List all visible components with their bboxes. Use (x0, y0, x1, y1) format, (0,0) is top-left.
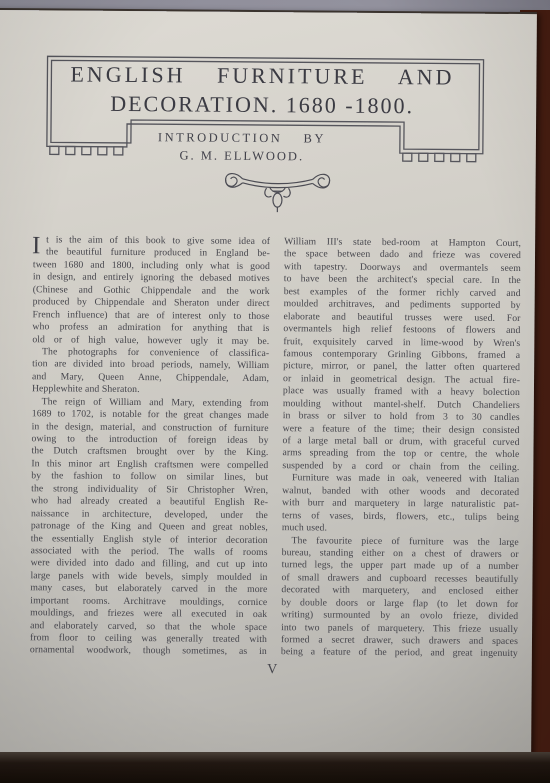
text-line: ornamental woodwork, though sometimes, a… (30, 645, 267, 659)
page-number: V (0, 660, 548, 680)
page-content: ENGLISH FURNITURE AND DECORATION. 1680 -… (0, 0, 550, 783)
text-line: being a feature of the period, and great… (281, 647, 518, 661)
text-line: overmantels high relief festoons of flow… (283, 323, 520, 337)
bottom-shadow (0, 752, 550, 783)
book-photo: ENGLISH FURNITURE AND DECORATION. 1680 -… (0, 0, 550, 783)
page-title-line2: DECORATION. 1680 -1800. (70, 90, 454, 121)
page-title-line1: ENGLISH FURNITURE AND (70, 60, 454, 93)
drop-cap: I (32, 235, 41, 257)
text-line: who profess an admiration for anything t… (32, 321, 269, 335)
text-line: much used. (282, 522, 519, 536)
page-title: ENGLISH FURNITURE AND DECORATION. 1680 -… (70, 60, 454, 121)
text-column-left: t is the aim of this book to give some i… (30, 234, 270, 659)
book-page: ENGLISH FURNITURE AND DECORATION. 1680 -… (0, 10, 537, 759)
subtitle: INTRODUCTION BY (158, 130, 326, 146)
urn-cartouche-icon (222, 169, 332, 218)
text-line: patronage of the King and Queen and grea… (31, 520, 268, 534)
author-name: G. M. ELLWOOD. (158, 148, 326, 164)
text-column-right: William III's state bed-room at Hampton … (281, 236, 521, 661)
